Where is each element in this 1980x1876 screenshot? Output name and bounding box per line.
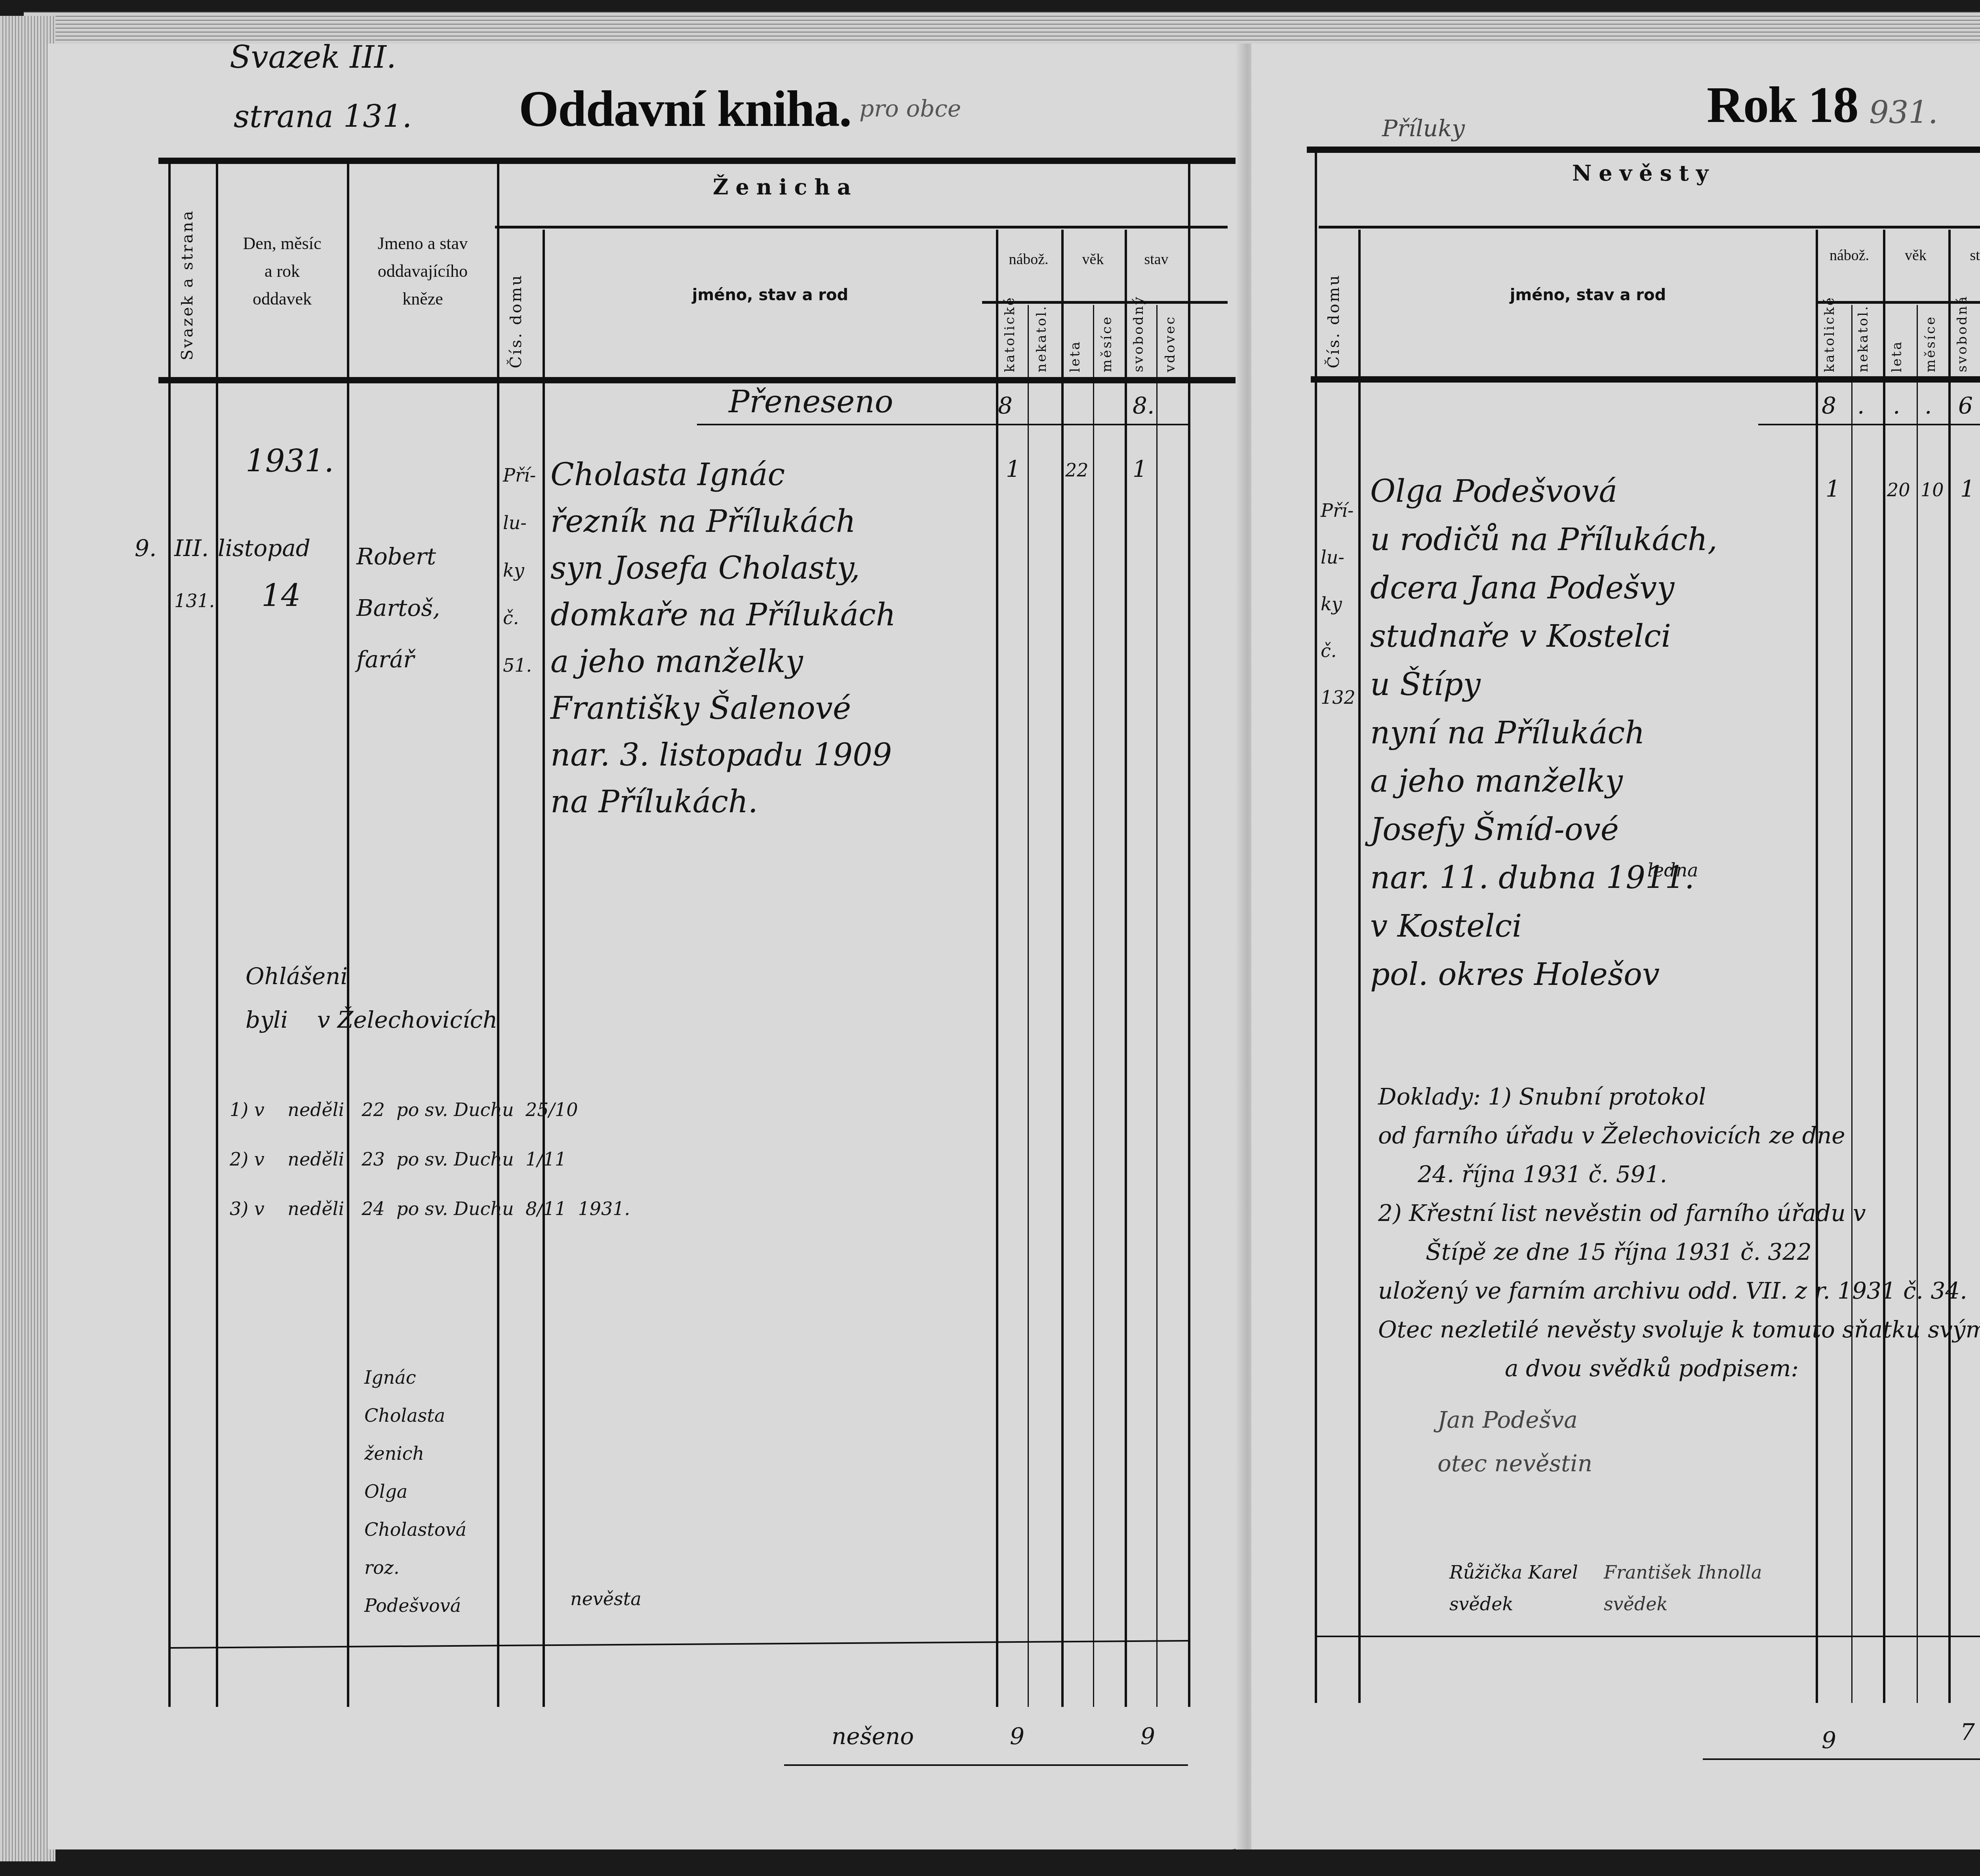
col-line	[1125, 230, 1127, 1707]
col-header-house: Čís. domu	[1325, 265, 1343, 368]
col-line-thin	[1093, 305, 1094, 1707]
banns-row: 3) v neděli 24 po sv. Duchu 8/11 1931.	[230, 1184, 630, 1234]
entry-priest: Robert Bartoš, farář	[356, 531, 440, 685]
year-handwritten: 931.	[1869, 95, 1938, 131]
col-header-age: věk	[1061, 246, 1125, 273]
col-line	[168, 162, 171, 1707]
banns-row: 2) v neděli 23 po sv. Duchu 1/11	[230, 1135, 630, 1184]
total-svobodna: 7	[1960, 1719, 1975, 1746]
total-rule	[1703, 1758, 1980, 1760]
witness-signature-2: František Ihnolla svědek	[1604, 1556, 1762, 1620]
carried-over-nekatol: .	[1857, 392, 1864, 419]
header-rule-top	[1307, 147, 1980, 153]
groom-details: Cholasta Ignác řezník na Přílukách syn J…	[550, 451, 896, 825]
total-svobodny: 9	[1140, 1723, 1155, 1750]
carried-over-svobodna: 6	[1958, 392, 1973, 419]
carried-over-rule	[697, 424, 1188, 425]
col-header-house: Čís. domu	[507, 265, 525, 368]
carried-over-katolicke: 8	[1822, 392, 1836, 419]
bride-section-header: Nevěsty	[1572, 160, 1715, 186]
entry-volume: III.	[174, 535, 209, 562]
col-header-priest: Jmeno a stav oddavajícího kněze	[348, 230, 497, 313]
col-header-name: jméno, stav a rod	[1362, 281, 1814, 309]
bride-svobodna: 1	[1960, 475, 1975, 502]
book-title: Oddavní kniha.	[519, 79, 851, 139]
col-line	[1061, 230, 1064, 1707]
page-note: strana 131.	[234, 99, 412, 135]
col-line	[996, 230, 998, 1707]
col-line	[1948, 230, 1951, 1703]
total-rule	[784, 1764, 1188, 1766]
carried-over-svobodny: 8.	[1133, 392, 1154, 419]
birth-correction: ledna	[1647, 859, 1698, 881]
total-katolicke: 9	[1822, 1727, 1836, 1754]
entry-house: Pří- lu- ky č. 132	[1321, 487, 1356, 721]
header-rule-top	[158, 158, 1236, 164]
page-stack-left	[0, 16, 55, 1861]
entry-end-rule	[170, 1640, 1188, 1649]
groom-katolicke: 1	[1006, 455, 1020, 482]
father-signature: Jan Podešva otec nevěstin	[1437, 1398, 1592, 1485]
groom-section-header: Ženicha	[713, 174, 858, 200]
carried-over-rule	[1758, 424, 1980, 425]
col-line	[216, 162, 218, 1707]
col-header-nekatol: nekatol.	[1855, 309, 1871, 372]
header-rule-bottom	[158, 377, 1236, 383]
col-header-status: stav	[1125, 246, 1188, 273]
col-header-vdovec: vdovec	[1162, 317, 1178, 372]
couple-signatures: Ignác Cholasta ženich Olga Cholastová ro…	[364, 1358, 466, 1625]
col-header-leta: leta	[1067, 333, 1083, 372]
col-line-thin	[1156, 305, 1158, 1707]
header-rule-bottom	[1311, 376, 1980, 383]
banns-list: 1) v neděli 22 po sv. Duchu 25/10 2) v n…	[230, 1085, 630, 1234]
place-note: Příluky	[1382, 115, 1465, 142]
col-header-religion: nábož.	[1816, 242, 1883, 269]
bride-age-months: 10	[1921, 479, 1944, 501]
witness-signature-1: Růžička Karel svědek	[1449, 1556, 1578, 1620]
col-line	[1883, 230, 1885, 1703]
total-label: nešeno	[832, 1723, 914, 1750]
section-subrule	[1319, 226, 1980, 229]
col-line	[1315, 150, 1317, 1703]
col-header-katolicke: katolické	[1822, 309, 1837, 372]
col-line-thin	[1917, 305, 1918, 1703]
groom-age: 22	[1065, 459, 1089, 481]
bride-age-years: 20	[1887, 479, 1910, 501]
col-line	[1358, 230, 1361, 1703]
col-header-status: stav	[1948, 242, 1980, 269]
carried-over-katolicke: 8	[998, 392, 1013, 419]
col-header-mesice: měsíce	[1923, 317, 1938, 372]
entry-end-rule	[1315, 1636, 1980, 1637]
entry-day: 14	[261, 578, 301, 614]
col-header-katolicke: katolické	[1002, 309, 1018, 372]
col-line-thin	[1851, 305, 1852, 1703]
bride-sign-label: nevěsta	[570, 1588, 642, 1609]
col-line	[1188, 162, 1190, 1707]
banns-row: 1) v neděli 22 po sv. Duchu 25/10	[230, 1085, 630, 1135]
left-page: Svazek III. strana 131. Oddavní kniha. p…	[48, 44, 1243, 1849]
entry-number: 9.	[135, 535, 156, 562]
col-line	[543, 230, 545, 1707]
right-page: Příluky Rok 18 931. Nevěsty Svědkův Čís.…	[1251, 44, 1980, 1849]
col-header-mesice: měsíce	[1099, 317, 1115, 372]
col-line	[347, 162, 349, 1707]
col-header-leta: leta	[1889, 333, 1905, 372]
groom-svobodny: 1	[1133, 455, 1147, 482]
volume-note: Svazek III.	[230, 40, 396, 75]
col-header-nekatol: nekatol.	[1034, 309, 1049, 372]
bride-katolicke: 1	[1826, 475, 1840, 502]
documents-note: Doklady: 1) Snubní protokol od farního ú…	[1378, 1077, 1980, 1388]
entry-house: Pří- lu- ky č. 51.	[503, 451, 536, 689]
entry-page: 131.	[174, 590, 215, 611]
col-header-age: věk	[1883, 242, 1948, 269]
year-label: Rok 18	[1707, 75, 1858, 135]
groom-subrule	[495, 226, 1228, 229]
col-header-religion: nábož.	[996, 246, 1061, 273]
carried-over-mesice: .	[1925, 392, 1932, 419]
title-note: pro obce	[859, 95, 961, 122]
sub-col-rule	[982, 301, 1228, 304]
col-header-svobodna: svobodná	[1954, 309, 1970, 372]
col-header-name: jméno, stav a rod	[546, 281, 994, 309]
col-line-thin	[1028, 305, 1029, 1707]
col-header-svazek: Svazek a strana	[178, 186, 196, 360]
banns-heading: Ohlášeni byli v Želechovicích	[246, 954, 497, 1042]
col-header-date: Den, měsíc a rok oddavek	[218, 230, 346, 313]
total-katolicke: 9	[1010, 1723, 1024, 1750]
col-line	[497, 162, 499, 1707]
entry-month: listopad	[218, 535, 310, 562]
col-line	[1816, 230, 1818, 1703]
col-header-svobodny: svobodný	[1131, 309, 1146, 372]
carried-over-leta: .	[1893, 392, 1900, 419]
carried-over-label: Přeneseno	[729, 384, 893, 420]
entry-year: 1931.	[246, 444, 334, 479]
bride-details: Olga Podešvová u rodičů na Přílukách, dc…	[1370, 467, 1717, 999]
